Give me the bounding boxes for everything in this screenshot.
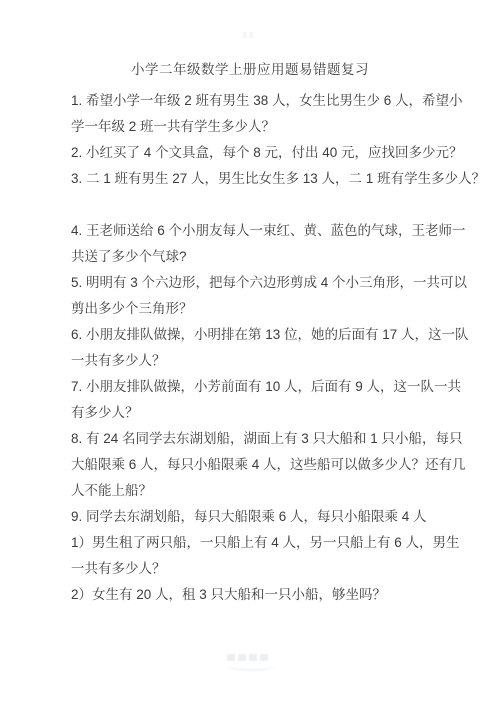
problem-3-line-1: 3. 二 1 班有男生 27 人，男生比女生多 13 人，二 1 班有学生多少人… — [71, 166, 460, 192]
problem-8-line-1: 8. 有 24 名同学去东湖划船，湖面上有 3 只大船和 1 只小船，每只 — [71, 426, 460, 452]
problem-4-line-2: 共送了多少个气球? — [71, 244, 460, 270]
problem-1-line-2: 学一年级 2 班一共有学生多少人？ — [71, 114, 460, 140]
problem-4-line-1: 4. 王老师送给 6 个小朋友每人一束红、黄、蓝色的气球，王老师一 — [71, 218, 460, 244]
problem-9-line-1: 9. 同学去东湖划船，每只大船限乘 6 人，每只小船限乘 4 人 — [71, 504, 460, 530]
problem-9-sub2-line-1: 2）女生有 20 人，租 3 只大船和一只小船，够坐吗？ — [71, 582, 460, 608]
problem-5-line-2: 剪出多少个三角形？ — [71, 296, 460, 322]
page-title: 小学二年级数学上册应用题易错题复习 — [0, 0, 500, 83]
worksheet-page: 小学二年级数学上册应用题易错题复习 1. 希望小学一年级 2 班有男生 38 人… — [0, 0, 500, 708]
watermark-bottom-icon — [227, 650, 281, 672]
problem-6-line-1: 6. 小朋友排队做操，小明排在第 13 位，她的后面有 17 人，这一队 — [71, 322, 460, 348]
problem-9-sub1-line-1: 1）男生租了两只船，一只船上有 4 人，另一只船上有 6 人，男生 — [71, 530, 460, 556]
problem-2-line-1: 2. 小红买了 4 个文具盒，每个 8 元，付出 40 元，应找回多少元？ — [71, 140, 460, 166]
problem-9-sub1-line-2: 一共有多少人？ — [71, 556, 460, 582]
problem-8-line-3: 人不能上船？ — [71, 478, 460, 504]
problem-6-line-2: 一共有多少人？ — [71, 348, 460, 374]
problem-5-line-1: 5. 明明有 3 个六边形，把每个六边形剪成 4 个小三角形，一共可以 — [71, 270, 460, 296]
problem-7-line-2: 有多少人？ — [71, 400, 460, 426]
problem-7-line-1: 7. 小朋友排队做操，小芳前面有 10 人，后面有 9 人，这一队一共 — [71, 374, 460, 400]
watermark-top-icon — [243, 32, 253, 38]
problem-list: 1. 希望小学一年级 2 班有男生 38 人，女生比男生少 6 人，希望小 学一… — [0, 83, 500, 608]
problem-1-line-1: 1. 希望小学一年级 2 班有男生 38 人，女生比男生少 6 人，希望小 — [71, 88, 460, 114]
problem-8-line-2: 大船限乘 6 人，每只小船限乘 4 人，这些船可以做多少人？还有几 — [71, 452, 460, 478]
